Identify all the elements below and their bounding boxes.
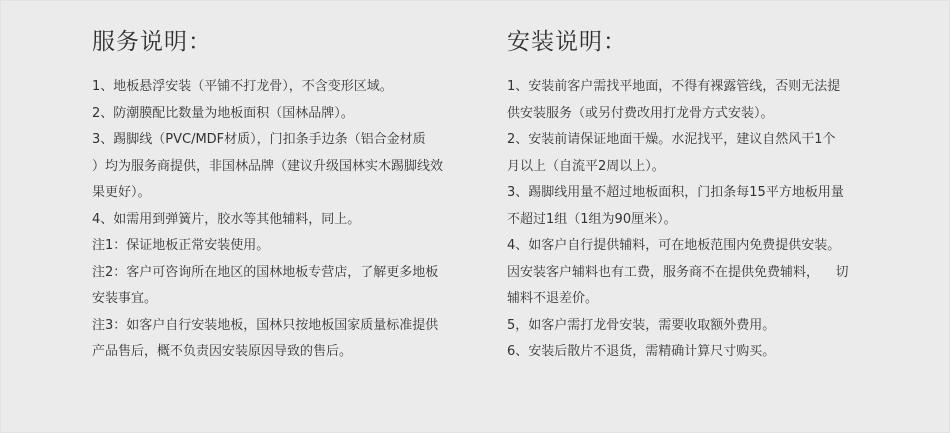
install-line: 因安装客户辅料也有工费，服务商不在提供免费辅料， 切 xyxy=(507,260,882,287)
install-line: 6、安装后散片不退货，需精确计算尺寸购买。 xyxy=(507,339,882,366)
service-note: 注2：客户可咨询所在地区的国林地板专营店，了解更多地板 xyxy=(92,260,442,287)
service-note: 安装事宜。 xyxy=(92,286,442,313)
service-line: 2、防潮膜配比数量为地板面积（国林品牌）。 xyxy=(92,101,442,128)
service-note: 注3：如客户自行安装地板，国林只按地板国家质量标准提供 xyxy=(92,313,442,340)
service-line: 果更好）。 xyxy=(92,180,442,207)
service-title: 服务说明： xyxy=(92,25,442,59)
install-section: 安装说明： 1、安装前客户需找平地面，不得有裸露管线，否则无法提 供安装服务（或… xyxy=(507,25,882,366)
install-line: 月以上（自流平2周以上）。 xyxy=(507,154,882,181)
install-line: 3、踢脚线用量不超过地板面积，门扣条每15平方地板用量 xyxy=(507,180,882,207)
service-section: 服务说明： 1、地板悬浮安装（平铺不打龙骨），不含变形区域。 2、防潮膜配比数量… xyxy=(92,25,442,366)
install-line: 2、安装前请保证地面干燥。水泥找平，建议自然风干1个 xyxy=(507,127,882,154)
service-line: ）均为服务商提供，非国林品牌（建议升级国林实木踢脚线效 xyxy=(92,154,442,181)
install-line: 5，如客户需打龙骨安装，需要收取额外费用。 xyxy=(507,313,882,340)
install-line: 4、如客户自行提供辅料，可在地板范围内免费提供安装。 xyxy=(507,233,882,260)
install-list: 1、安装前客户需找平地面，不得有裸露管线，否则无法提 供安装服务（或另付费改用打… xyxy=(507,74,882,366)
service-line: 4、如需用到弹簧片，胶水等其他辅料，同上。 xyxy=(92,207,442,234)
install-line: 1、安装前客户需找平地面，不得有裸露管线，否则无法提 xyxy=(507,74,882,101)
service-note: 产品售后，概不负责因安装原因导致的售后。 xyxy=(92,339,442,366)
service-list: 1、地板悬浮安装（平铺不打龙骨），不含变形区域。 2、防潮膜配比数量为地板面积（… xyxy=(92,74,442,366)
install-line: 不超过1组（1组为90厘米）。 xyxy=(507,207,882,234)
service-line: 1、地板悬浮安装（平铺不打龙骨），不含变形区域。 xyxy=(92,74,442,101)
install-title: 安装说明： xyxy=(507,25,882,59)
service-note: 注1：保证地板正常安装使用。 xyxy=(92,233,442,260)
install-line: 供安装服务（或另付费改用打龙骨方式安装）。 xyxy=(507,101,882,128)
install-line: 辅料不退差价。 xyxy=(507,286,882,313)
service-line: 3、踢脚线（PVC/MDF材质），门扣条手边条（铝合金材质 xyxy=(92,127,442,154)
